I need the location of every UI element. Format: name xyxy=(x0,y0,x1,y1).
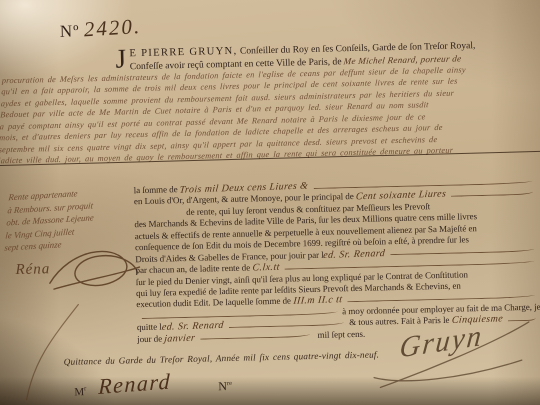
bottom-suffix: Nre xyxy=(218,379,232,394)
bottom-name-renard: Renard xyxy=(98,368,171,400)
printed-text: jour de xyxy=(137,333,164,344)
opening-line-2-handwritten: Me Michel Renard, porteur de xyxy=(343,53,462,66)
printed-text: mil ſept cens. xyxy=(315,328,365,339)
ink-flourish-line xyxy=(390,246,534,255)
paraph-flourish xyxy=(43,239,144,299)
printed-text: quitte l xyxy=(137,322,162,333)
manuscript-block: procuration de Meſsrs les administrateur… xyxy=(0,63,540,167)
handwritten-fill: III.m II.c tt xyxy=(293,294,343,307)
bottom-prefix: Mr xyxy=(74,385,86,398)
document-number-value: 2420. xyxy=(83,14,142,42)
dropcap-initial: J xyxy=(115,46,126,70)
spacer xyxy=(134,215,186,216)
handwritten-fill: C.lx.tt xyxy=(252,262,280,274)
number-prefix: Nº xyxy=(60,21,80,40)
prefix-superscript: r xyxy=(84,385,86,392)
photograph-of-document: Nº 2420. J E PIERRE GRUYN, Conſeiller du… xyxy=(0,0,540,405)
suffix-letter: N xyxy=(218,379,227,393)
ink-flourish-line xyxy=(229,319,345,328)
ink-flourish-line xyxy=(451,189,533,197)
ink-flourish-line xyxy=(142,308,338,319)
printed-text: la ſomme de xyxy=(134,184,180,195)
document-sheet: Nº 2420. J E PIERRE GRUYN, Conſeiller du… xyxy=(0,0,540,405)
suffix-superscript: re xyxy=(227,380,232,387)
name-pierre-gruyn: E PIERRE GRUYN, xyxy=(129,46,237,60)
ink-flourish-line xyxy=(347,292,535,302)
footer-caption: Quittance du Garde du Treſor Royal, Anné… xyxy=(64,349,380,366)
handwritten-fill: ed. Sr. Renard xyxy=(323,248,386,261)
ink-flourish-line xyxy=(200,331,310,340)
document-number-label: Nº xyxy=(60,21,80,41)
handwritten-fill: janvier xyxy=(164,332,196,344)
gruyn-signature: Gruyn xyxy=(371,316,540,395)
prefix-letter: M xyxy=(74,386,84,398)
